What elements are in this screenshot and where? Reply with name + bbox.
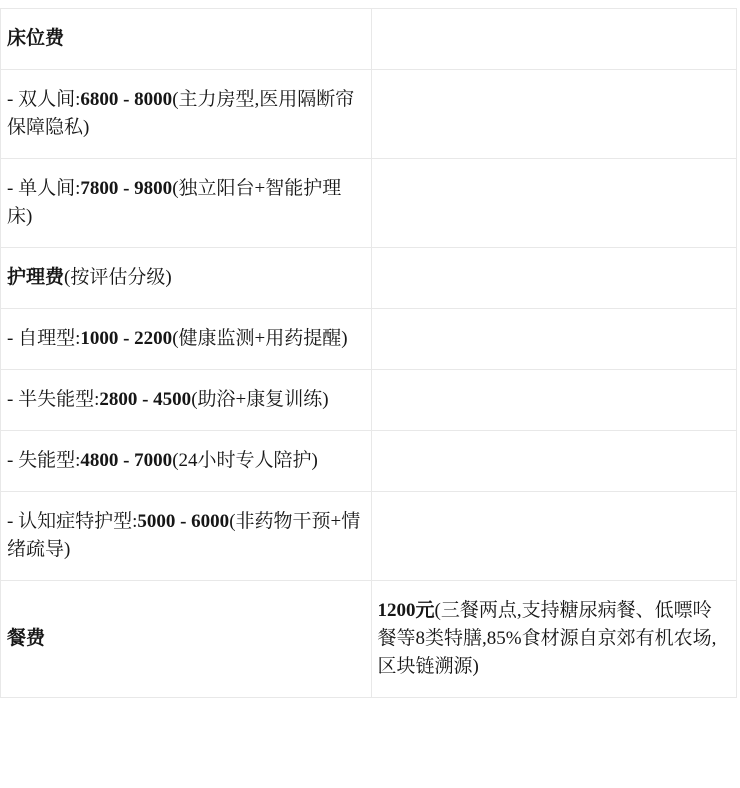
fee-value-cell: 1200元(三餐两点,支持糖尿病餐、低嘌呤餐等8类特膳,85%食材源自京郊有机农… <box>371 581 737 698</box>
fee-amount: 护理费 <box>7 267 64 288</box>
fee-table-body: 床位费 - 双人间:6800 - 8000(主力房型,医用隔断帘保障隐私) - … <box>1 9 737 698</box>
fee-row-semi-disabled: - 半失能型:2800 - 4500(助浴+康复训练) <box>1 370 737 431</box>
fee-row-bed-fee: 床位费 <box>1 9 737 70</box>
fee-row-single-room: - 单人间:7800 - 9800(独立阳台+智能护理床) <box>1 159 737 248</box>
fee-item-cell: - 认知症特护型:5000 - 6000(非药物干预+情绪疏导) <box>1 492 372 581</box>
fee-text-pre: - 失能型: <box>7 450 80 471</box>
fee-row-disabled: - 失能型:4800 - 7000(24小时专人陪护) <box>1 431 737 492</box>
fee-item-cell: - 单人间:7800 - 9800(独立阳台+智能护理床) <box>1 159 372 248</box>
fee-amount: 2800 - 4500 <box>99 389 191 410</box>
fee-amount: 餐费 <box>7 628 45 649</box>
fee-row-nursing-fee: 护理费(按评估分级) <box>1 248 737 309</box>
fee-item-cell: - 自理型:1000 - 2200(健康监测+用药提醒) <box>1 309 372 370</box>
fee-text-post: (健康监测+用药提醒) <box>172 328 347 349</box>
fee-item-cell: - 双人间:6800 - 8000(主力房型,医用隔断帘保障隐私) <box>1 70 372 159</box>
fee-text-pre: - 认知症特护型: <box>7 511 137 532</box>
fee-text-post: (24小时专人陪护) <box>172 450 318 471</box>
fee-amount: 1000 - 2200 <box>80 328 172 349</box>
fee-text-pre: - 单人间: <box>7 178 80 199</box>
fee-row-self-care: - 自理型:1000 - 2200(健康监测+用药提醒) <box>1 309 737 370</box>
fee-text-post: (助浴+康复训练) <box>191 389 328 410</box>
fee-text-post: (按评估分级) <box>64 267 172 288</box>
fee-text-pre: - 半失能型: <box>7 389 99 410</box>
fee-amount: 1200元 <box>378 600 435 621</box>
fee-value-cell <box>371 159 737 248</box>
fee-amount: 床位费 <box>7 28 64 49</box>
fee-value-cell <box>371 309 737 370</box>
fee-amount: 4800 - 7000 <box>80 450 172 471</box>
fee-item-cell: - 失能型:4800 - 7000(24小时专人陪护) <box>1 431 372 492</box>
fee-text-pre: - 双人间: <box>7 89 80 110</box>
fee-amount: 6800 - 8000 <box>80 89 172 110</box>
fee-value-cell <box>371 70 737 159</box>
fee-table: 床位费 - 双人间:6800 - 8000(主力房型,医用隔断帘保障隐私) - … <box>0 8 737 698</box>
page: 床位费 - 双人间:6800 - 8000(主力房型,医用隔断帘保障隐私) - … <box>0 0 740 788</box>
fee-row-double-room: - 双人间:6800 - 8000(主力房型,医用隔断帘保障隐私) <box>1 70 737 159</box>
fee-value-cell <box>371 370 737 431</box>
fee-amount: 5000 - 6000 <box>137 511 229 532</box>
fee-row-dementia-care: - 认知症特护型:5000 - 6000(非药物干预+情绪疏导) <box>1 492 737 581</box>
fee-item-cell: 护理费(按评估分级) <box>1 248 372 309</box>
fee-value-cell <box>371 431 737 492</box>
fee-amount: 7800 - 9800 <box>80 178 172 199</box>
fee-text-pre: - 自理型: <box>7 328 80 349</box>
fee-item-cell: 床位费 <box>1 9 372 70</box>
fee-value-cell <box>371 248 737 309</box>
fee-item-cell: - 半失能型:2800 - 4500(助浴+康复训练) <box>1 370 372 431</box>
fee-row-meal-fee: 餐费 1200元(三餐两点,支持糖尿病餐、低嘌呤餐等8类特膳,85%食材源自京郊… <box>1 581 737 698</box>
fee-item-cell: 餐费 <box>1 581 372 698</box>
fee-value-cell <box>371 9 737 70</box>
fee-value-cell <box>371 492 737 581</box>
